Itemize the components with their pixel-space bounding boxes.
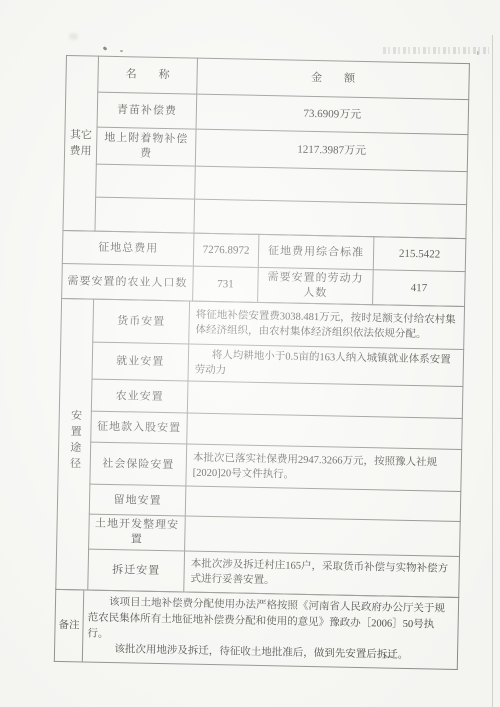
resettlement-type-label: 社会保险安置 [90,443,187,487]
comprehensive-standard-label: 征地费用综合标准 [258,234,374,269]
total-cost-value: 7276.8972 [193,233,259,267]
scan-speck-artifact [120,50,123,52]
agricultural-population-label: 需要安置的农业人口数 [62,263,194,301]
scan-speck-artifact [103,46,108,51]
resettlement-type-label: 征地款入股安置 [91,412,188,445]
total-cost-label: 征地总费用 [62,230,194,266]
remarks-row-header: 备注 [54,590,83,663]
resettlement-type-label: 留地安置 [89,485,186,517]
resettlement-type-label: 拆迁安置 [88,549,185,592]
fee-amount-cell: 1217.3987万元 [195,129,468,171]
remarks-section: 备注 该项目土地补偿费分配使用办法严格按照《河南省人民政府办公厅关于规范农民集体… [54,589,459,670]
scanned-document-page: 其它费用 名 称 金 额 青苗补偿费 73.6909万元 地上附着物补偿费 12… [0,0,500,707]
other-fees-section: 其它费用 名 称 金 额 青苗补偿费 73.6909万元 地上附着物补偿费 12… [62,55,469,239]
remarks-content: 该项目土地补偿费分配使用办法严格按照《河南省人民政府办公厅关于规范农民集体所有土… [82,590,458,670]
comprehensive-standard-value: 215.5422 [373,237,466,272]
resettlement-detail: 本批次涉及拆迁村庄165户，采取货币补偿与实物补偿方式进行妥善安置。 [184,551,460,598]
resettlement-detail: 本批次已落实社保费用2947.3266万元，按照豫人社规[2020]20号文件执… [186,444,462,492]
agricultural-population-value: 731 [193,266,259,302]
remarks-paragraph: 该项目土地补偿费分配使用办法严格按照《河南省人民政府办公厅关于规范农民集体所有土… [87,595,452,650]
fee-name-cell [96,164,196,199]
resettlement-section: 安置途径 货币安置 将征地补偿安置费3038.481万元，按时足额支付给农村集体… [55,298,465,598]
fee-name-cell [95,197,195,233]
resettlement-type-label: 土地开发整理安置 [89,514,186,551]
fee-amount-cell: 73.6909万元 [196,94,469,134]
fee-amount-cell [195,166,468,204]
resettlement-row-header-text: 安置途径 [66,409,84,473]
name-column-header: 名 称 [98,56,198,94]
resettlement-detail [185,516,461,556]
resettlement-detail: 将人均耕地小于0.5亩的163人纳入城镇就业体系安置劳动力 [188,344,464,387]
resettlement-detail: 将征地补偿安置费3038.481万元，按时足额支付给农村集体经济组织，由农村集体… [189,301,465,350]
cost-summary-section: 征地总费用 7276.8972 征地费用综合标准 215.5422 需要安置的农… [61,230,466,307]
faint-print-artifact [383,47,489,54]
compensation-form: 其它费用 名 称 金 额 青苗补偿费 73.6909万元 地上附着物补偿费 12… [54,55,469,670]
fee-name-cell: 青苗补偿费 [97,92,197,129]
other-fees-row-header: 其它费用 [63,56,99,232]
resettlement-type-label: 就业安置 [92,342,189,381]
fee-name-cell: 地上附着物补偿费 [96,127,196,166]
labor-force-label: 需要安置的劳动力人数 [258,267,374,304]
amount-column-header: 金 额 [197,58,470,99]
resettlement-type-label: 货币安置 [93,299,190,344]
scan-smudge-artifact [69,33,78,40]
page-edge-shadow [492,35,493,707]
labor-force-value: 417 [373,270,466,307]
resettlement-type-label: 农业安置 [91,380,188,414]
table-row: 备注 该项目土地补偿费分配使用办法严格按照《河南省人民政府办公厅关于规范农民集体… [54,590,458,670]
